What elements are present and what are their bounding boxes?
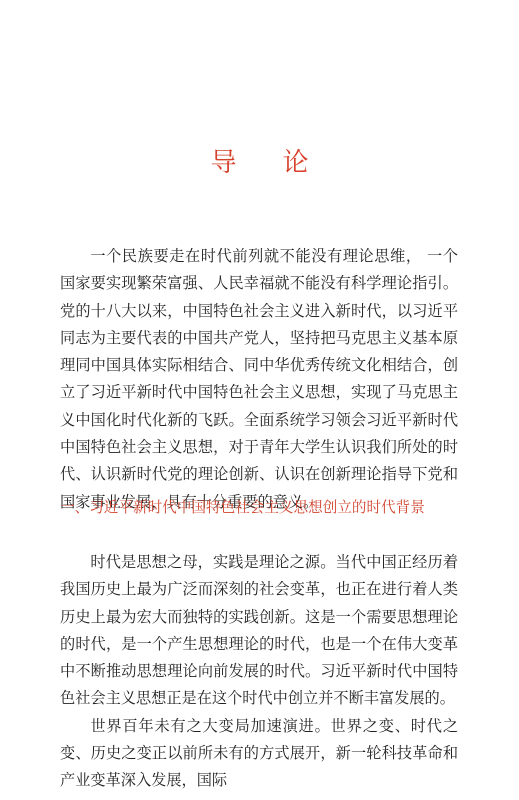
intro-paragraph: 一个民族要走在时代前列就不能没有理论思维， 一个国家要实现繁荣富强、人民幸福就不… <box>60 243 458 516</box>
chapter-title-char-1: 导 <box>210 146 236 180</box>
document-page: 导论 一个民族要走在时代前列就不能没有理论思维， 一个国家要实现繁荣富强、人民幸… <box>0 0 519 800</box>
chapter-title: 导论 <box>0 146 519 180</box>
section-paragraph: 世界百年未有之大变局加速演进。世界之变、时代之变、历史之变正以前所未有的方式展开… <box>60 713 458 795</box>
chapter-title-char-2: 论 <box>283 146 309 180</box>
section-paragraph: 时代是思想之母，实践是理论之源。当代中国正经历着我国历史上最为广泛而深刻的社会变… <box>60 549 458 713</box>
section-1-body: 时代是思想之母，实践是理论之源。当代中国正经历着我国历史上最为广泛而深刻的社会变… <box>60 549 458 795</box>
section-heading: 一、习近平新时代中国特色社会主义思想创立的时代背景 <box>60 497 480 519</box>
intro-section: 一个民族要走在时代前列就不能没有理论思维， 一个国家要实现繁荣富强、人民幸福就不… <box>60 243 458 516</box>
